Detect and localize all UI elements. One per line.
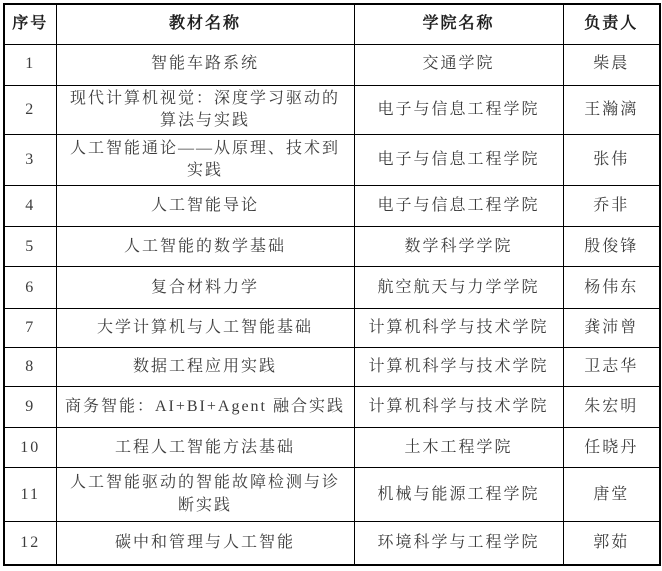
table-header-row: 序号 教材名称 学院名称 负责人 <box>4 4 660 44</box>
leader-cell: 杨伟东 <box>563 267 660 309</box>
leader-cell: 殷俊锋 <box>563 227 660 267</box>
textbook-table: 序号 教材名称 学院名称 负责人 1 智能车路系统 交通学院 柴晨 2 现代计算… <box>3 3 661 566</box>
index-cell: 8 <box>4 348 56 387</box>
title-cell: 数据工程应用实践 <box>56 348 354 387</box>
college-cell: 航空航天与力学学院 <box>354 267 563 309</box>
table-row: 12 碳中和管理与人工智能 环境科学与工程学院 郭茹 <box>4 522 660 565</box>
header-col-index: 序号 <box>4 4 56 44</box>
index-cell: 6 <box>4 267 56 309</box>
table-row: 5 人工智能的数学基础 数学科学学院 殷俊锋 <box>4 227 660 267</box>
leader-cell: 柴晨 <box>563 44 660 85</box>
table-row: 4 人工智能导论 电子与信息工程学院 乔非 <box>4 186 660 227</box>
college-cell: 计算机科学与技术学院 <box>354 387 563 428</box>
title-cell: 碳中和管理与人工智能 <box>56 522 354 565</box>
index-cell: 3 <box>4 135 56 186</box>
title-cell: 工程人工智能方法基础 <box>56 428 354 468</box>
college-cell: 电子与信息工程学院 <box>354 135 563 186</box>
index-cell: 12 <box>4 522 56 565</box>
title-cell: 商务智能：AI+BI+Agent 融合实践 <box>56 387 354 428</box>
leader-cell: 卫志华 <box>563 348 660 387</box>
college-cell: 环境科学与工程学院 <box>354 522 563 565</box>
table-row: 9 商务智能：AI+BI+Agent 融合实践 计算机科学与技术学院 朱宏明 <box>4 387 660 428</box>
index-cell: 2 <box>4 85 56 135</box>
leader-cell: 龚沛曾 <box>563 309 660 348</box>
title-cell: 现代计算机视觉：深度学习驱动的 算法与实践 <box>56 85 354 135</box>
college-cell: 土木工程学院 <box>354 428 563 468</box>
leader-cell: 王瀚漓 <box>563 85 660 135</box>
table-row: 1 智能车路系统 交通学院 柴晨 <box>4 44 660 85</box>
college-cell: 电子与信息工程学院 <box>354 85 563 135</box>
college-cell: 计算机科学与技术学院 <box>354 348 563 387</box>
title-cell: 复合材料力学 <box>56 267 354 309</box>
leader-cell: 朱宏明 <box>563 387 660 428</box>
college-cell: 机械与能源工程学院 <box>354 468 563 522</box>
title-cell: 大学计算机与人工智能基础 <box>56 309 354 348</box>
table-row: 10 工程人工智能方法基础 土木工程学院 任晓丹 <box>4 428 660 468</box>
table-row: 6 复合材料力学 航空航天与力学学院 杨伟东 <box>4 267 660 309</box>
title-cell: 人工智能的数学基础 <box>56 227 354 267</box>
college-cell: 交通学院 <box>354 44 563 85</box>
title-cell: 人工智能驱动的智能故障检测与诊 断实践 <box>56 468 354 522</box>
index-cell: 11 <box>4 468 56 522</box>
index-cell: 1 <box>4 44 56 85</box>
index-cell: 5 <box>4 227 56 267</box>
college-cell: 电子与信息工程学院 <box>354 186 563 227</box>
college-cell: 数学科学学院 <box>354 227 563 267</box>
leader-cell: 唐堂 <box>563 468 660 522</box>
table-row: 8 数据工程应用实践 计算机科学与技术学院 卫志华 <box>4 348 660 387</box>
title-cell: 人工智能通论——从原理、技术到 实践 <box>56 135 354 186</box>
header-col-college: 学院名称 <box>354 4 563 44</box>
table-row: 7 大学计算机与人工智能基础 计算机科学与技术学院 龚沛曾 <box>4 309 660 348</box>
table-row: 3 人工智能通论——从原理、技术到 实践 电子与信息工程学院 张伟 <box>4 135 660 186</box>
leader-cell: 张伟 <box>563 135 660 186</box>
index-cell: 10 <box>4 428 56 468</box>
title-cell: 智能车路系统 <box>56 44 354 85</box>
college-cell: 计算机科学与技术学院 <box>354 309 563 348</box>
header-col-title: 教材名称 <box>56 4 354 44</box>
table-row: 2 现代计算机视觉：深度学习驱动的 算法与实践 电子与信息工程学院 王瀚漓 <box>4 85 660 135</box>
leader-cell: 乔非 <box>563 186 660 227</box>
index-cell: 7 <box>4 309 56 348</box>
table-row: 11 人工智能驱动的智能故障检测与诊 断实践 机械与能源工程学院 唐堂 <box>4 468 660 522</box>
title-cell: 人工智能导论 <box>56 186 354 227</box>
index-cell: 9 <box>4 387 56 428</box>
leader-cell: 郭茹 <box>563 522 660 565</box>
leader-cell: 任晓丹 <box>563 428 660 468</box>
header-col-leader: 负责人 <box>563 4 660 44</box>
index-cell: 4 <box>4 186 56 227</box>
